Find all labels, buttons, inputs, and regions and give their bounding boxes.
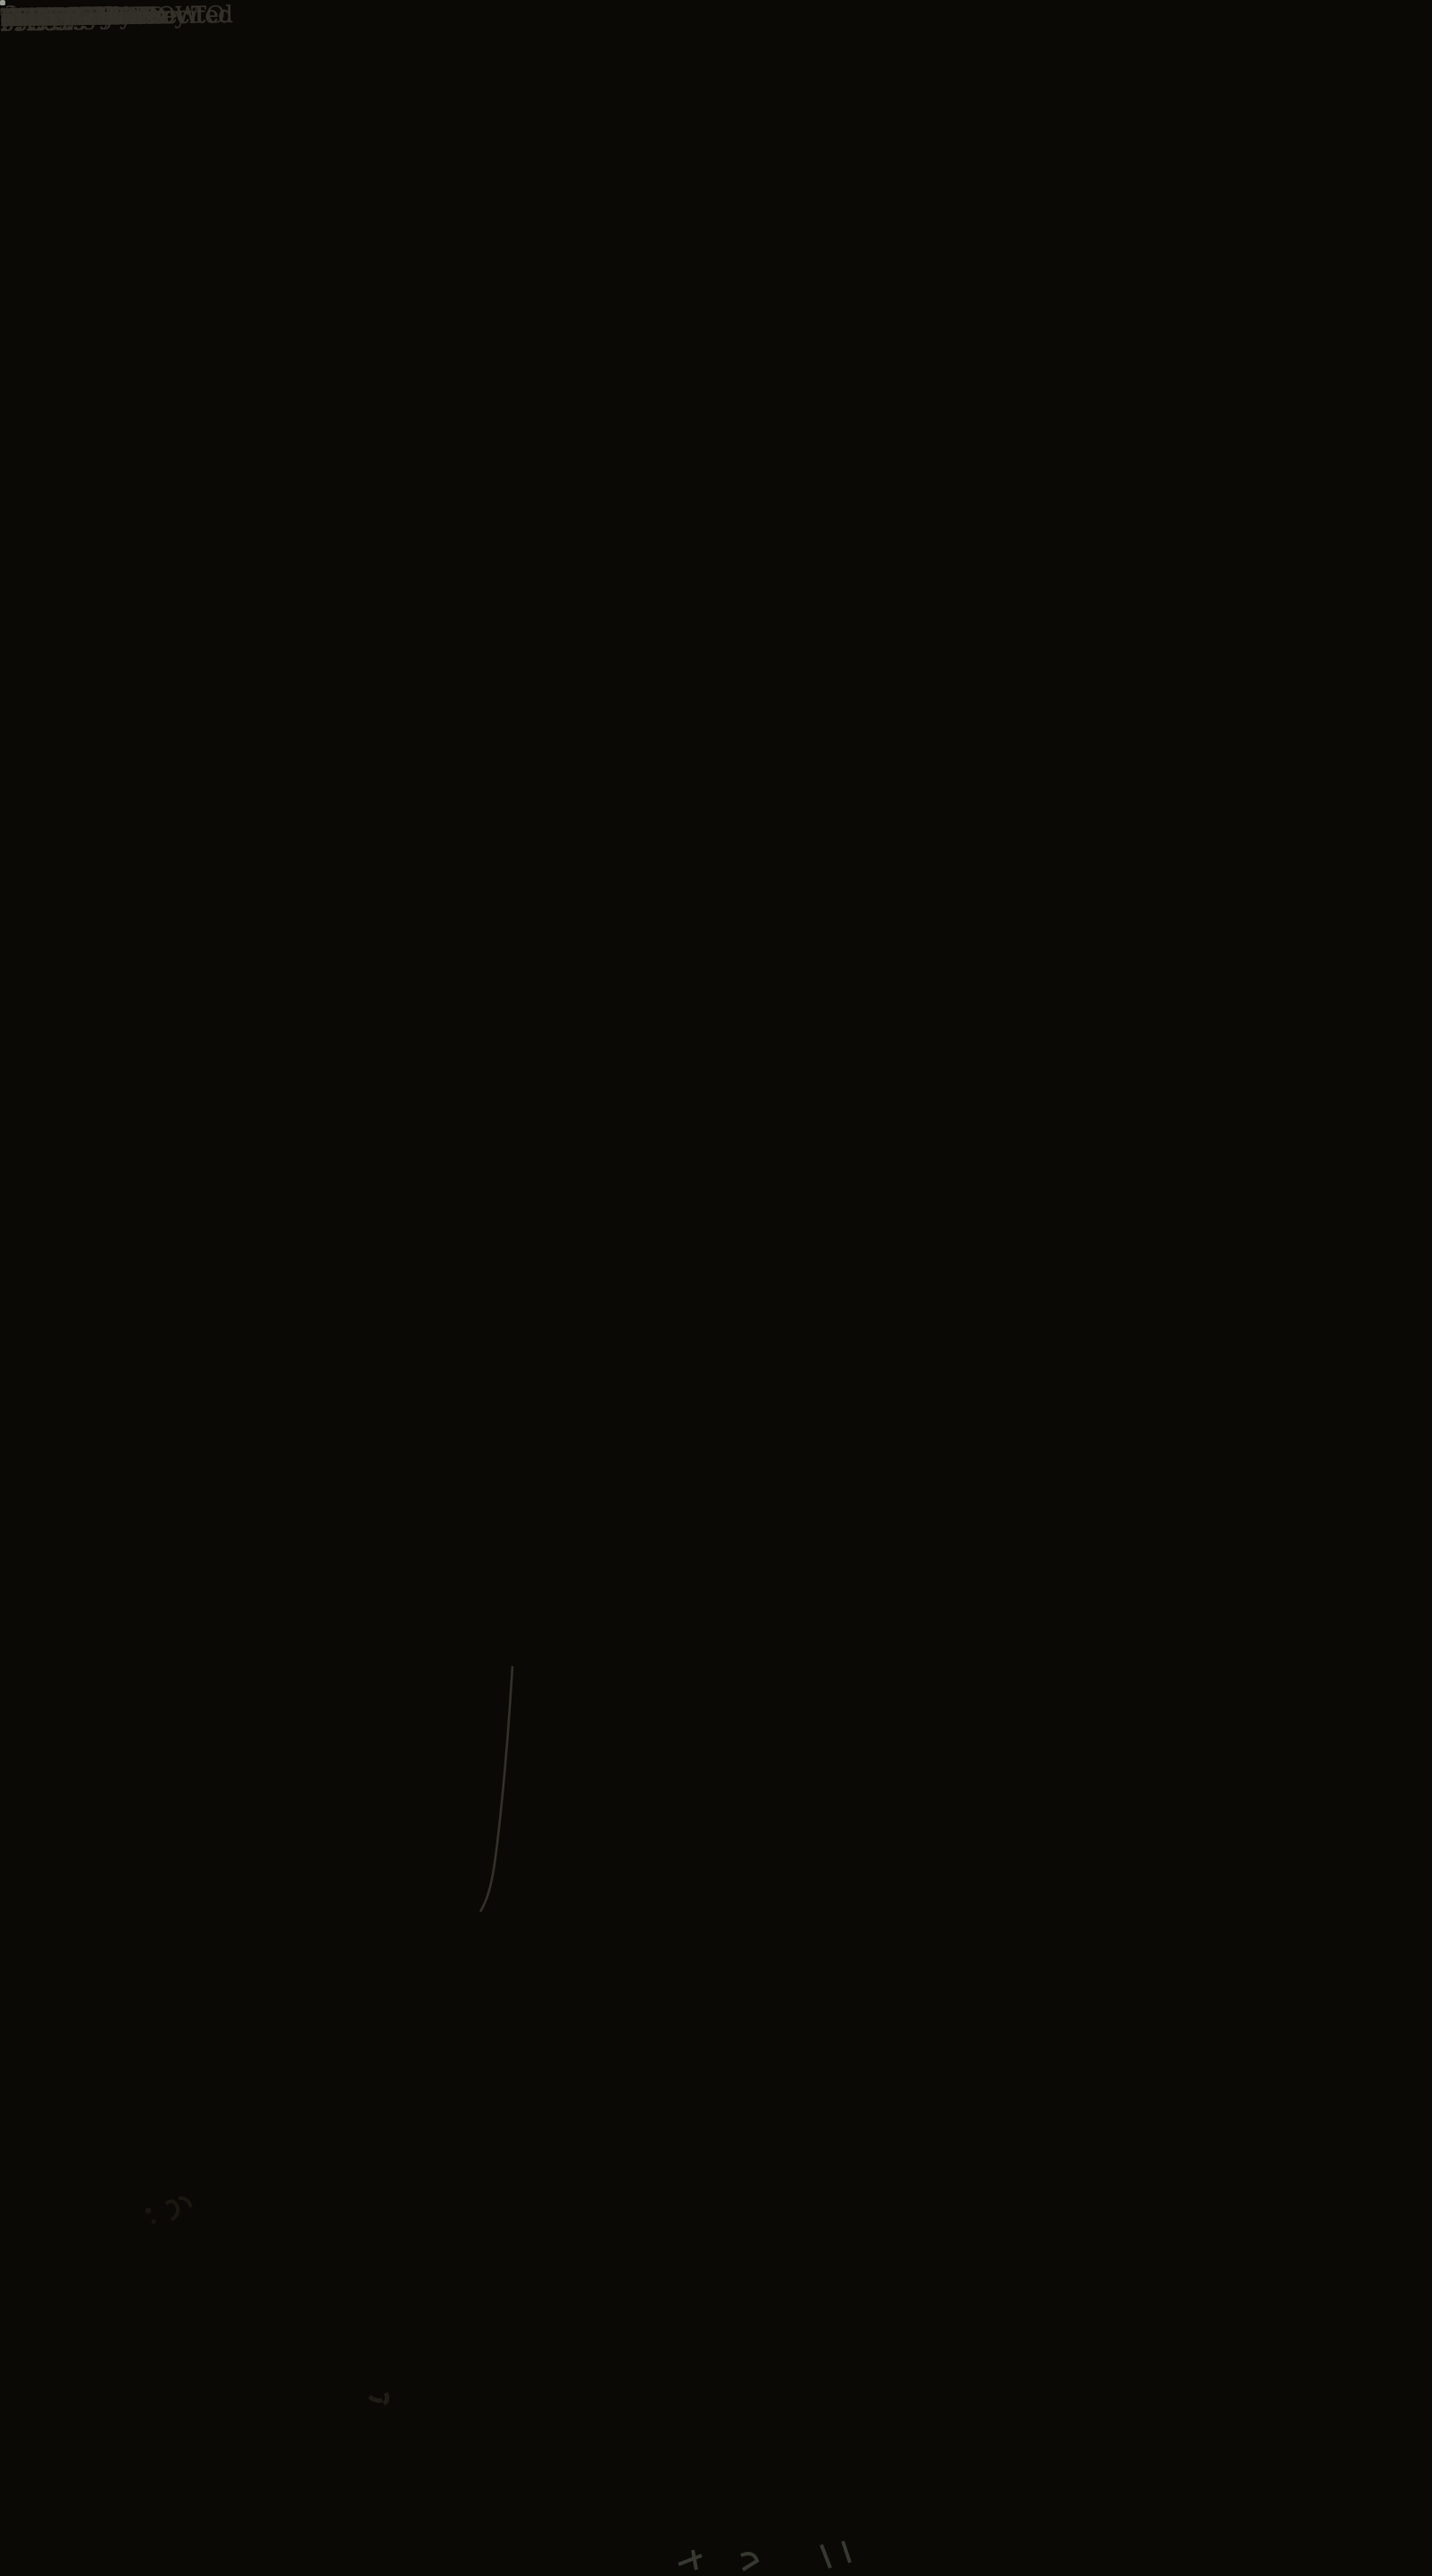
margin-pen-stroke: [480, 1666, 512, 1912]
note-pencil-marks: [679, 2541, 850, 2570]
corner-ink-dot: [146, 2208, 152, 2214]
corner-ink-dot: [151, 2219, 155, 2223]
ink-marks-layer: [0, 0, 1432, 2576]
text-line: powersandprovisionshereafterexpressed NO…: [0, 0, 1, 38]
page-edge-notch: [0, 0, 5, 5]
bottom-ink-blot: [370, 2393, 387, 2404]
book-photo: possessionofthesaidhereditamentshereinaf…: [0, 0, 1432, 2576]
corner-ink-squiggle: [166, 2198, 191, 2220]
